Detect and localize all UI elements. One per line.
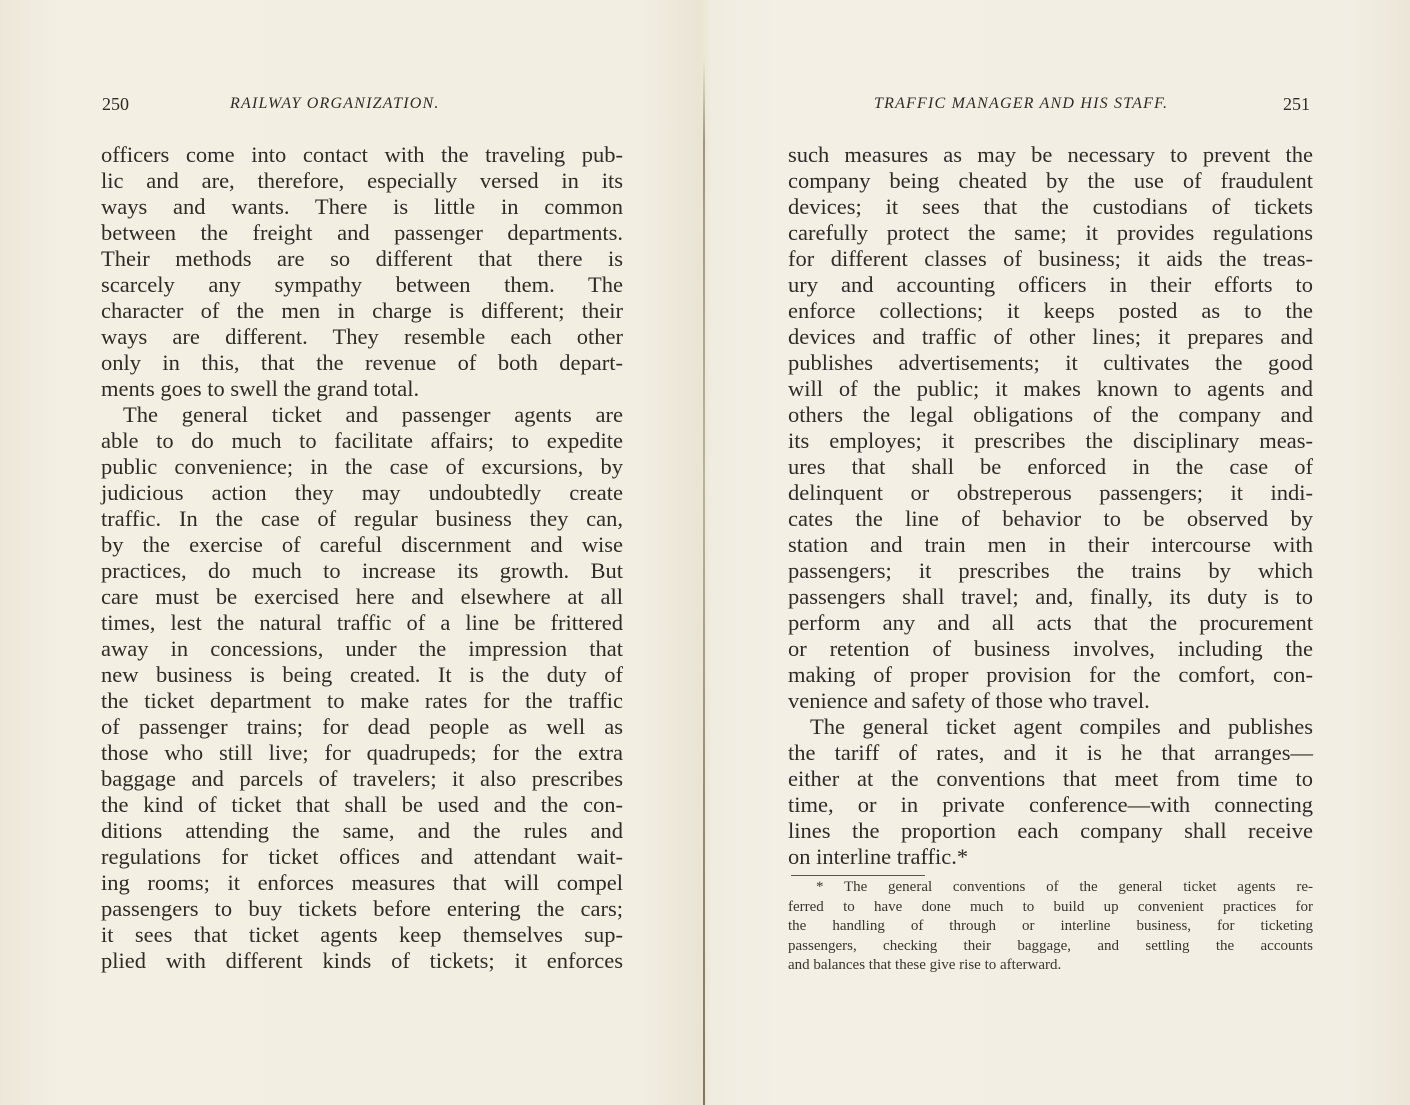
text-line: carefully protect the same; it provides … xyxy=(788,220,1313,246)
text-line: ways are different. They resemble each o… xyxy=(101,324,623,350)
text-line: by the exercise of careful discernment a… xyxy=(101,532,623,558)
text-line: between the freight and passenger depart… xyxy=(101,220,623,246)
text-line: scarcely any sympathy between them. The xyxy=(101,272,623,298)
text-line: Their methods are so different that ther… xyxy=(101,246,623,272)
text-line: regulations for ticket offices and atten… xyxy=(101,844,623,870)
text-line: devices and traffic of other lines; it p… xyxy=(788,324,1313,350)
text-line: care must be exercised here and elsewher… xyxy=(101,584,623,610)
text-line: practices, do much to increase its growt… xyxy=(101,558,623,584)
text-line: lines the proportion each company shall … xyxy=(788,818,1313,844)
text-line: the ticket department to make rates for … xyxy=(101,688,623,714)
text-line: character of the men in charge is differ… xyxy=(101,298,623,324)
text-line: devices; it sees that the custodians of … xyxy=(788,194,1313,220)
footnote-divider xyxy=(791,875,925,876)
text-line: away in concessions, under the impressio… xyxy=(101,636,623,662)
paragraph-start-line: The general ticket and passenger agents … xyxy=(101,402,623,428)
running-head: 250 RAILWAY ORGANIZATION. xyxy=(102,94,622,118)
text-line: station and train men in their intercour… xyxy=(788,532,1313,558)
page-number: 251 xyxy=(1283,94,1310,115)
book-spread: 250 RAILWAY ORGANIZATION. officers come … xyxy=(0,0,1410,1105)
text-line: public convenience; in the case of excur… xyxy=(101,454,623,480)
left-page: 250 RAILWAY ORGANIZATION. officers come … xyxy=(0,0,705,1105)
text-line: the kind of ticket that shall be used an… xyxy=(101,792,623,818)
text-line: those who still live; for quadrupeds; fo… xyxy=(101,740,623,766)
right-page: TRAFFIC MANAGER AND HIS STAFF. 251 such … xyxy=(705,0,1410,1105)
body-text: such measures as may be necessary to pre… xyxy=(788,142,1313,870)
text-line: only in this, that the revenue of both d… xyxy=(101,350,623,376)
text-line: baggage and parcels of travelers; it als… xyxy=(101,766,623,792)
text-line: for different classes of business; it ai… xyxy=(788,246,1313,272)
text-line: officers come into contact with the trav… xyxy=(101,142,623,168)
text-line: ing rooms; it enforces measures that wil… xyxy=(101,870,623,896)
text-line: ments goes to swell the grand total. xyxy=(101,376,623,402)
text-line: ways and wants. There is little in commo… xyxy=(101,194,623,220)
footnote-line: * The general conventions of the general… xyxy=(788,878,1313,898)
text-line: passengers shall travel; and, finally, i… xyxy=(788,584,1313,610)
text-line: passengers to buy tickets before enterin… xyxy=(101,896,623,922)
text-line: enforce collections; it keeps posted as … xyxy=(788,298,1313,324)
text-line: or retention of business involves, inclu… xyxy=(788,636,1313,662)
text-line: ditions attending the same, and the rule… xyxy=(101,818,623,844)
running-head-title: RAILWAY ORGANIZATION. xyxy=(230,95,440,113)
footnote: * The general conventions of the general… xyxy=(788,878,1313,976)
paragraph-start-line: The general ticket agent compiles and pu… xyxy=(788,714,1313,740)
text-line: venience and safety of those who travel. xyxy=(788,688,1313,714)
text-line: plied with different kinds of tickets; i… xyxy=(101,948,623,974)
text-line: perform any and all acts that the procur… xyxy=(788,610,1313,636)
text-line: publishes advertisements; it cultivates … xyxy=(788,350,1313,376)
running-head-title: TRAFFIC MANAGER AND HIS STAFF. xyxy=(874,95,1168,113)
text-line: on interline traffic.* xyxy=(788,844,1313,870)
text-line: traffic. In the case of regular business… xyxy=(101,506,623,532)
text-line: either at the conventions that meet from… xyxy=(788,766,1313,792)
body-text: officers come into contact with the trav… xyxy=(101,142,623,974)
footnote-line: the handling of through or interline bus… xyxy=(788,917,1313,937)
text-line: making of proper provision for the comfo… xyxy=(788,662,1313,688)
text-line: the tariff of rates, and it is he that a… xyxy=(788,740,1313,766)
text-line: new business is being created. It is the… xyxy=(101,662,623,688)
text-line: able to do much to facilitate affairs; t… xyxy=(101,428,623,454)
text-line: time, or in private conference—with conn… xyxy=(788,792,1313,818)
page-number: 250 xyxy=(102,94,129,115)
text-line: of passenger trains; for dead people as … xyxy=(101,714,623,740)
text-line: others the legal obligations of the comp… xyxy=(788,402,1313,428)
text-line: ury and accounting officers in their eff… xyxy=(788,272,1313,298)
text-line: times, lest the natural traffic of a lin… xyxy=(101,610,623,636)
text-line: lic and are, therefore, especially verse… xyxy=(101,168,623,194)
text-line: cates the line of behavior to be observe… xyxy=(788,506,1313,532)
text-line: judicious action they may undoubtedly cr… xyxy=(101,480,623,506)
footnote-line: ferred to have done much to build up con… xyxy=(788,898,1313,918)
footnote-line: passengers, checking their baggage, and … xyxy=(788,937,1313,957)
text-line: its employes; it prescribes the discipli… xyxy=(788,428,1313,454)
text-line: ures that shall be enforced in the case … xyxy=(788,454,1313,480)
text-line: it sees that ticket agents keep themselv… xyxy=(101,922,623,948)
text-line: will of the public; it makes known to ag… xyxy=(788,376,1313,402)
footnote-line: and balances that these give rise to aft… xyxy=(788,956,1313,976)
text-line: company being cheated by the use of frau… xyxy=(788,168,1313,194)
text-line: such measures as may be necessary to pre… xyxy=(788,142,1313,168)
text-line: delinquent or obstreperous passengers; i… xyxy=(788,480,1313,506)
running-head: TRAFFIC MANAGER AND HIS STAFF. 251 xyxy=(788,94,1310,118)
text-line: passengers; it prescribes the trains by … xyxy=(788,558,1313,584)
